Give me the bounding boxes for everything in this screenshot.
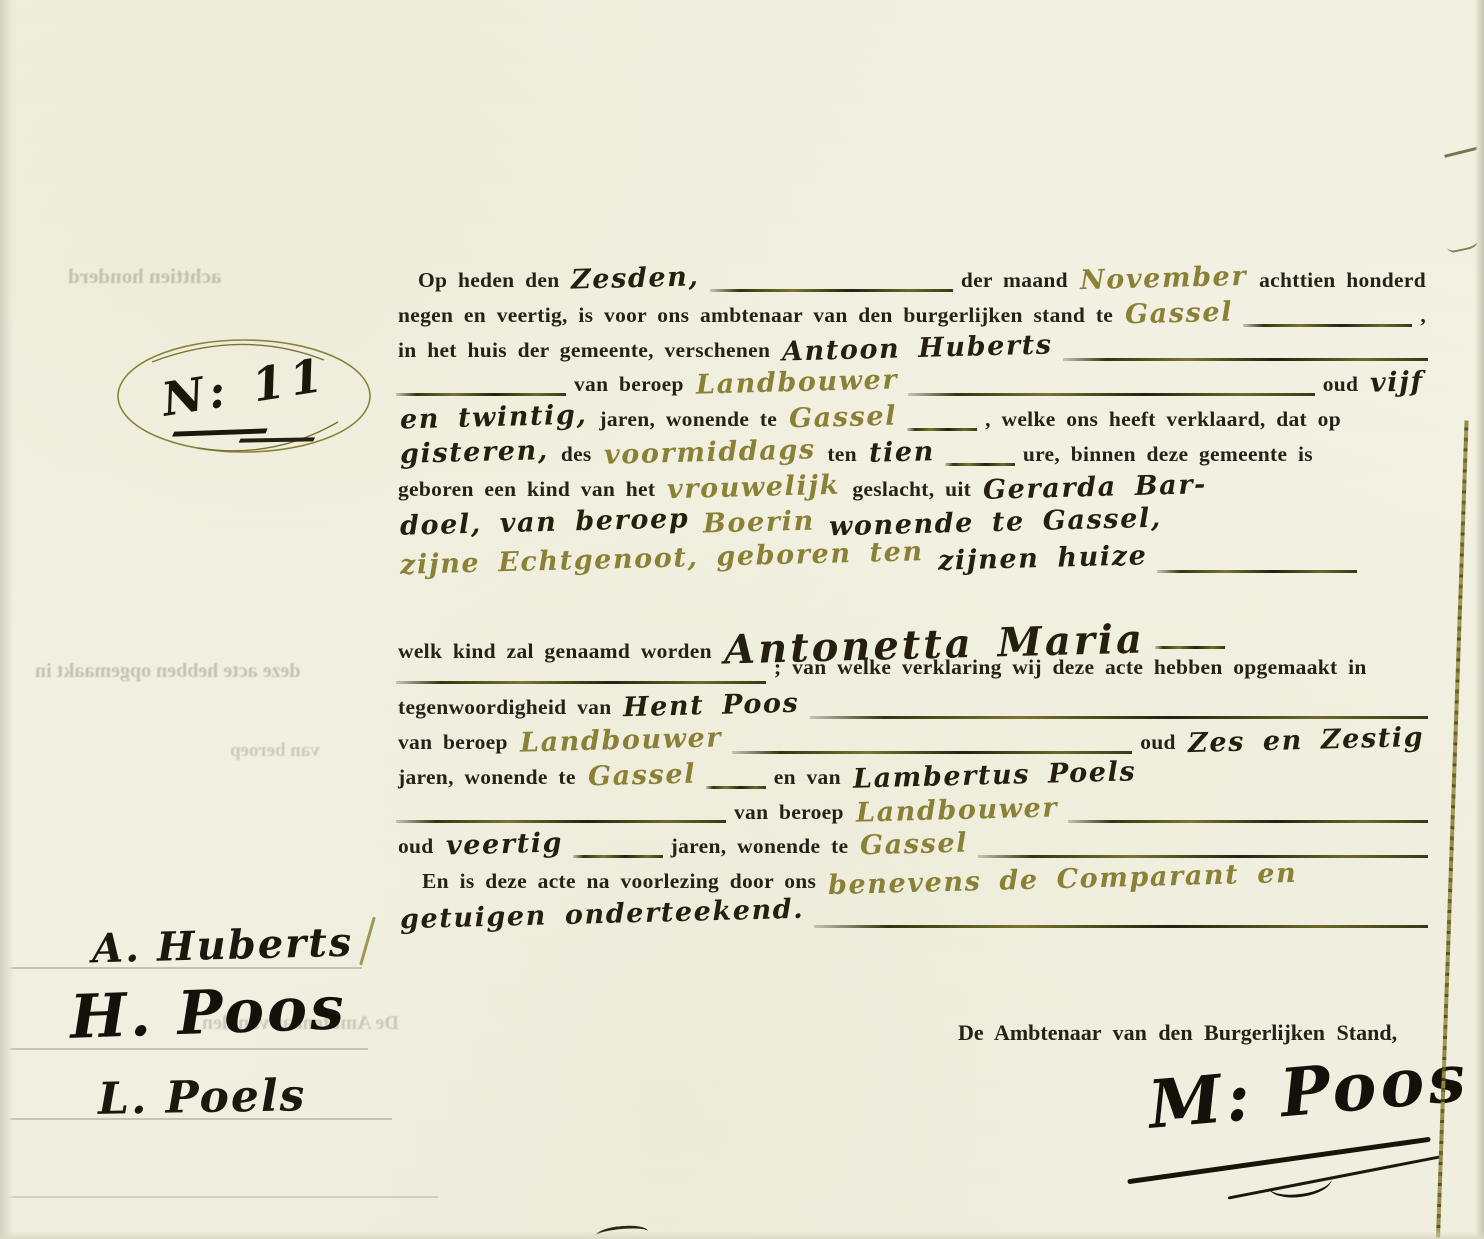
act-line: van beroepLandbouweroudvijf (393, 367, 1431, 402)
blank-fill-rule (396, 393, 566, 396)
blank-fill-rule (573, 855, 663, 858)
printed-text: oud (398, 834, 434, 859)
scan-edge (0, 0, 14, 1239)
act-line: zijne Echtgenoot, geboren tenzijnen huiz… (393, 543, 1431, 579)
handwritten-entry: Hent Poos (623, 688, 800, 724)
bleed-through-text: deze acte hebben opgemaakt in (35, 660, 301, 683)
handwritten-entry: Landbouwer (855, 792, 1058, 828)
blank-fill-rule (710, 289, 953, 292)
printed-text: , (1420, 303, 1426, 328)
signature-flourish (1266, 1164, 1333, 1202)
printed-text: , welke ons heeft verklaard, dat op (985, 407, 1341, 432)
printed-text: geslacht, uit (852, 477, 971, 502)
printed-text: ure, binnen deze gemeente is (1023, 442, 1313, 467)
blank-fill-rule (706, 786, 766, 789)
handwritten-entry: getuigen onderteekend. (400, 894, 805, 936)
handwritten-entry: Zesden, (571, 261, 700, 295)
act-line: getuigen onderteekend. (393, 899, 1431, 934)
act-text-block: Op heden denZesden,der maandNovemberacht… (393, 263, 1431, 934)
witness-signature: L. Poels (98, 1070, 307, 1125)
handwritten-entry: Gassel (789, 401, 898, 435)
blank-fill-rule (732, 751, 1132, 754)
handwritten-entry: November (1080, 261, 1248, 296)
printed-text: welk kind zal genaamd worden (398, 639, 712, 664)
blank-fill-rule (1068, 820, 1428, 823)
registrar-signature: M: Poos (1145, 1038, 1472, 1144)
blank-fill-rule (908, 393, 1315, 396)
bleed-through-text: van beroep (230, 740, 320, 762)
printed-text: achttien honderd (1259, 268, 1426, 293)
indent-spacer (393, 286, 413, 287)
faint-ruled-line (0, 1196, 438, 1198)
registrar-title: De Ambtenaar van den Burgerlijken Stand, (958, 1020, 1397, 1046)
act-line: En is deze acte na voorlezing door onsbe… (393, 864, 1431, 899)
blank-fill-rule (978, 855, 1428, 858)
handwritten-entry: Lambertus Poels (853, 756, 1137, 794)
blank-fill-rule (907, 428, 977, 431)
act-number-stamp: N: 11 (112, 326, 376, 464)
printed-text: geboren een kind van het (398, 477, 655, 502)
act-line-child-name: welk kind zal genaamd wordenAntonetta Ma… (393, 621, 1431, 656)
printed-text: ten (827, 442, 857, 467)
printed-text: in het huis der gemeente, verschenen (398, 338, 770, 363)
handwritten-entry: en twintig, (400, 400, 588, 436)
witness-signature: H. Poos (69, 973, 348, 1053)
act-line: gisteren,desvoormiddagstentienure, binne… (393, 437, 1431, 472)
handwritten-entry: voormiddags (603, 434, 815, 471)
document-page: achttien honderd deze acte hebben opgema… (0, 0, 1484, 1239)
blank-fill-rule (396, 681, 766, 684)
act-line: van beroepLandbouweroudZes en Zestig (393, 725, 1431, 760)
handwritten-entry: Gassel (1125, 296, 1234, 330)
handwritten-entry: Landbouwer (695, 365, 898, 401)
printed-text: jaren, wonende te (398, 765, 576, 790)
handwritten-entry: tien (868, 436, 935, 469)
printed-text: jaren, wonende te (671, 834, 849, 859)
blank-fill-rule (396, 820, 726, 823)
handwritten-entry: veertig (445, 828, 563, 862)
act-line: geboren een kind van hetvrouwelijkgeslac… (393, 472, 1431, 507)
handwritten-entry: Gassel (587, 758, 696, 792)
act-line: negen en veertig, is voor ons ambtenaar … (393, 298, 1431, 333)
printed-text: des (561, 442, 592, 467)
handwritten-entry: Antoon Huberts (782, 329, 1053, 367)
handwritten-entry: Gerarda Bar- (983, 469, 1208, 506)
act-line: van beroepLandbouwer (393, 795, 1431, 830)
printed-text: der maand (961, 268, 1068, 293)
act-line: jaren, wonende teGasselen vanLambertus P… (393, 760, 1431, 795)
handwritten-entry: zijne Echtgenoot, geboren ten (400, 536, 924, 581)
printed-text: van beroep (734, 800, 844, 825)
handwritten-entry: vrouwelijk (667, 470, 841, 506)
blank-fill-rule (1063, 358, 1428, 361)
printed-text: van beroep (574, 372, 684, 397)
blank-fill-rule (814, 925, 1428, 928)
ink-mark (359, 917, 376, 966)
handwritten-entry: Landbouwer (519, 722, 722, 758)
handwritten-entry: Gassel (860, 828, 969, 862)
act-line: tegenwoordigheid vanHent Poos (393, 690, 1431, 725)
handwritten-entry: Zes en Zestig (1187, 722, 1424, 759)
printed-text: en van (774, 765, 841, 790)
handwritten-entry: gisteren, (400, 435, 550, 470)
blank-fill-rule (810, 716, 1428, 719)
printed-text: negen en veertig, is voor ons ambtenaar … (398, 303, 1113, 328)
scan-edge (0, 1231, 1484, 1239)
printed-text: oud (1140, 730, 1176, 755)
scan-edge (1475, 0, 1484, 1239)
blank-fill-rule (1243, 324, 1412, 327)
blank-fill-rule (945, 463, 1015, 466)
handwritten-entry: vijf (1370, 367, 1425, 399)
printed-text: Op heden den (418, 268, 559, 293)
blank-fill-rule (1155, 646, 1225, 649)
printed-text: jaren, wonende te (599, 407, 777, 432)
act-line: en twintig,jaren, wonende teGassel, welk… (393, 402, 1431, 437)
indent-spacer (393, 887, 417, 888)
printed-text: tegenwoordigheid van (398, 695, 611, 720)
bleed-through-text: achttien honderd (68, 264, 221, 289)
act-line: Op heden denZesden,der maandNovemberacht… (393, 263, 1431, 298)
printed-text: van beroep (398, 730, 508, 755)
handwritten-entry: benevens de Comparant en (828, 858, 1298, 901)
handwritten-entry: wonende te Gassel, (829, 502, 1162, 542)
handwritten-entry: zijnen huize (937, 540, 1147, 576)
handwritten-entry: Boerin (703, 505, 816, 539)
printed-text: En is deze acte na voorlezing door ons (422, 869, 816, 894)
handwritten-entry: doel, van beroep (400, 503, 690, 542)
printed-text: oud (1323, 372, 1359, 397)
blank-fill-rule (1157, 570, 1357, 573)
act-line: in het huis der gemeente, verschenenAnto… (393, 333, 1431, 368)
witness-signature: A. Huberts (91, 919, 353, 973)
